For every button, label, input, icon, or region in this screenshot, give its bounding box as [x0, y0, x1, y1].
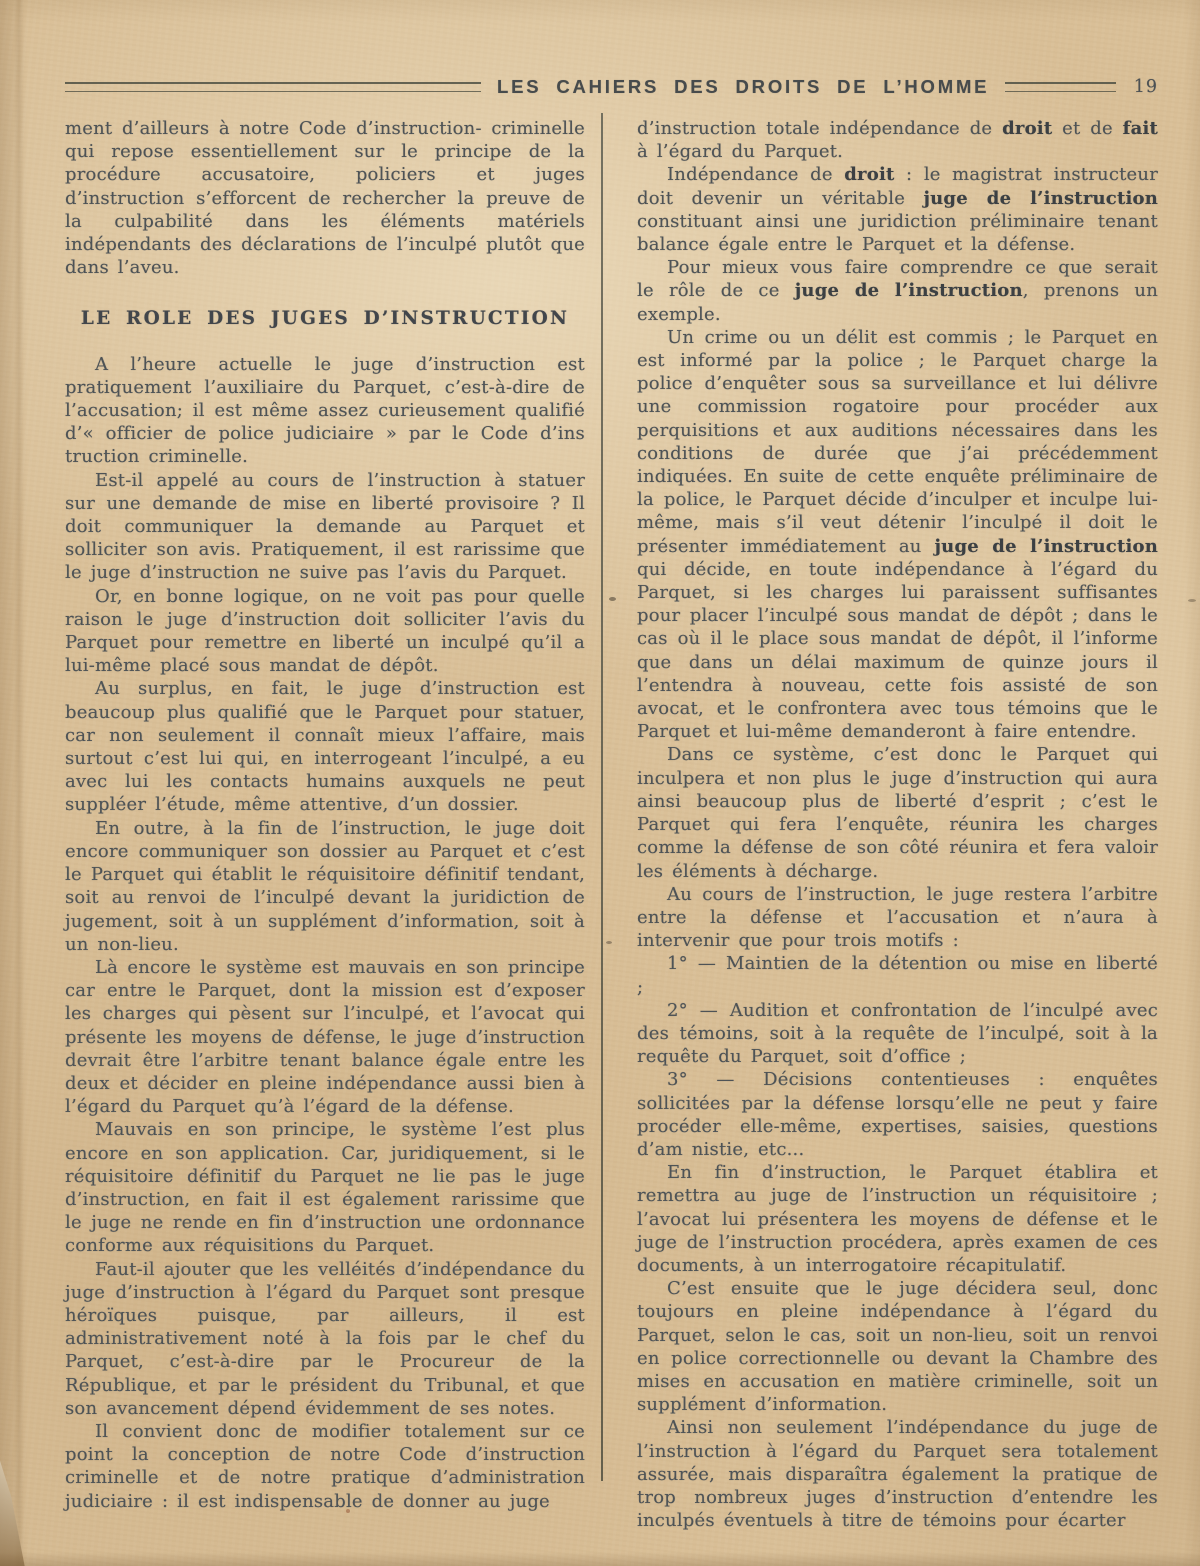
paragraph: Pour mieux vous faire comprendre ce que … [637, 256, 1158, 326]
paper-tear-bottom-left [0, 1454, 28, 1566]
paragraph: d’instruction totale indépendance de dro… [637, 117, 1158, 163]
paragraph: 2° — Audition et confrontation de l’incu… [637, 999, 1158, 1069]
paragraph: Au cours de l’instruction, le juge reste… [637, 883, 1158, 953]
paragraph: A l’heure actuelle le juge d’instruction… [65, 353, 585, 469]
paragraph: Indépendance de droit : le magistrat ins… [637, 163, 1158, 256]
paragraph: Là encore le système est mauvais en son … [65, 956, 585, 1118]
paragraph: En outre, à la fin de l’instruction, le … [65, 817, 585, 956]
right-column: d’instruction totale indépendance de dro… [637, 117, 1158, 1532]
left-column: ment d’ailleurs à notre Code d’instructi… [65, 117, 585, 1513]
paragraph: C’est ensuite que le juge décidera seul,… [637, 1277, 1158, 1416]
paragraph: Il convient donc de modifier totalement … [65, 1420, 585, 1513]
paper-crease-left [14, 0, 24, 1566]
paragraph: Au surplus, en fait, le juge d’instructi… [65, 677, 585, 816]
paragraph: Ainsi non seulement l’indépendance du ju… [637, 1416, 1158, 1532]
page-number: 19 [1134, 77, 1158, 97]
ink-speck [609, 597, 616, 601]
ink-speck [606, 941, 612, 944]
header-rule-left [65, 82, 481, 92]
paragraph: Un crime ou un délit est commis ; le Par… [637, 326, 1158, 744]
paragraph: ment d’ailleurs à notre Code d’instructi… [65, 117, 585, 279]
section-heading: LE ROLE DES JUGES D’INSTRUCTION [65, 307, 585, 330]
column-divider-rule [601, 113, 603, 1481]
paragraph: Dans ce système, c’est donc le Parquet q… [637, 743, 1158, 882]
paragraph: 3° — Décisions contentieuses : enquêtes … [637, 1068, 1158, 1161]
paragraph: Faut-il ajouter que les velléités d’indé… [65, 1258, 585, 1420]
paragraph: Or, en bonne logique, on ne voit pas pou… [65, 585, 585, 678]
header-rule-right [1005, 82, 1115, 92]
paragraph: En fin d’instruction, le Parquet établir… [637, 1161, 1158, 1277]
page-header: LES CAHIERS DES DROITS DE L’HOMME 19 [65, 76, 1158, 98]
ink-speck [1188, 599, 1196, 602]
paragraph: 1° — Maintien de la détention ou mise en… [637, 952, 1158, 998]
paragraph: Est-il appelé au cours de l’instruction … [65, 469, 585, 585]
journal-title: LES CAHIERS DES DROITS DE L’HOMME [497, 76, 989, 98]
scanned-journal-page: LES CAHIERS DES DROITS DE L’HOMME 19 men… [0, 0, 1200, 1566]
paragraph: Mauvais en son principe, le système l’es… [65, 1118, 585, 1257]
